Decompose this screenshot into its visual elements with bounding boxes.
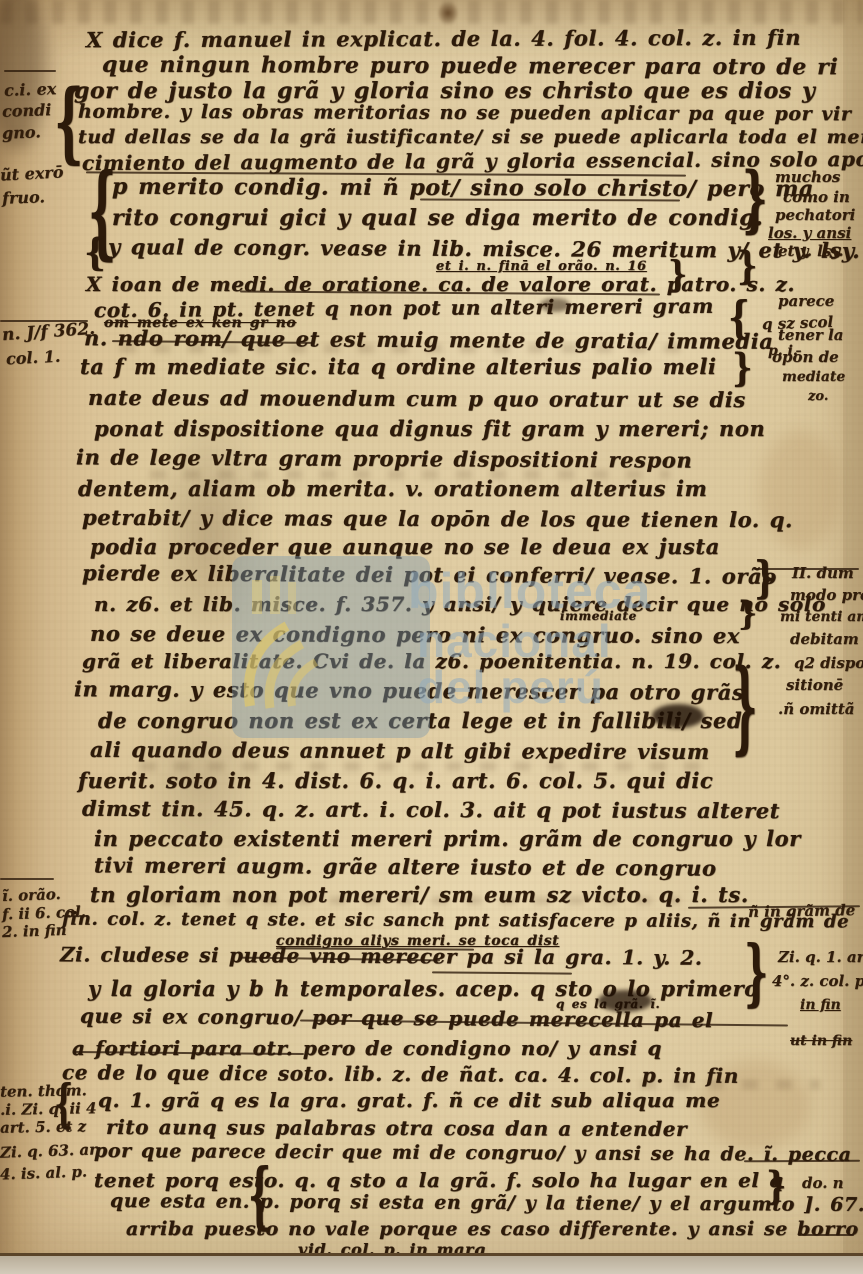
- margin-note-right: sitionē: [786, 678, 843, 693]
- brace-mark: }: [732, 348, 753, 386]
- manuscript-line: in marg. y esto que vno puede merescer p…: [74, 678, 744, 703]
- manuscript-line: dimst tin. 45. q. z. art. i. col. 3. ait…: [82, 798, 780, 821]
- manuscript-line: petrabit/ y dice mas que la opōn de los …: [82, 507, 793, 530]
- manuscript-line: gor de justo la grã y gloria sino es chr…: [74, 80, 816, 102]
- brace-mark: }: [737, 246, 758, 284]
- manuscript-line: vid. col. p. in marg: [298, 1242, 486, 1256]
- manuscript-line: no se deue ex condigno pero ni ex congru…: [90, 623, 740, 646]
- margin-note-right: parece: [778, 294, 834, 309]
- margin-note-right: in fin: [800, 998, 841, 1012]
- manuscript-line: fin. col. z. tenet q ste. et sic sanch p…: [62, 911, 849, 932]
- margin-note-right: .ñ omittã: [778, 702, 855, 717]
- margin-note-left: f. ii 6. col.: [2, 905, 86, 923]
- brace-mark: {: [728, 296, 750, 340]
- margin-note-right: tener la: [778, 328, 843, 343]
- manuscript-line: n. ndo rom/ que et est muig mente de gra…: [84, 327, 774, 352]
- manuscript-line: tn gloriam non pot mereri/ sm eum sz vic…: [90, 884, 749, 905]
- margin-note-left: 2. in fin: [2, 923, 67, 940]
- ink-stroke: [0, 878, 54, 880]
- manuscript-line: que esta en. p. porq si esta en grã/ y l…: [110, 1192, 863, 1215]
- margin-note-right: opōn de: [772, 350, 839, 365]
- margin-note-left: c.i. ex: [4, 81, 57, 99]
- manuscript-line: ce de lo que dice soto. lib. z. de ñat. …: [62, 1062, 739, 1086]
- manuscript-line: de congruo non est ex certa lege et in f…: [98, 710, 742, 731]
- manuscript-line: que ningun hombre puro puede merecer par…: [102, 54, 838, 79]
- margin-note-left: 4. is. al. p.: [0, 1164, 87, 1182]
- brace-mark: }: [732, 658, 758, 758]
- margin-note-left: fruo.: [2, 189, 45, 206]
- manuscript-line: pierde ex liberalitate dei pot ei confer…: [82, 562, 777, 587]
- manuscript-line: dentem, aliam ob merita. v. orationem al…: [78, 478, 707, 499]
- manuscript-line: immediate: [560, 610, 637, 622]
- bleed-through: [0, 0, 863, 24]
- manuscript-line: y la gloria y b h temporales. acep. q st…: [88, 978, 759, 999]
- brace-mark: {: [248, 1160, 271, 1232]
- margin-note-right: et y. lsy.: [778, 244, 844, 259]
- scanned-manuscript: X dice f. manuel in explicat. de la. 4. …: [0, 0, 863, 1274]
- manuscript-line: in de lege vltra gram proprie dispositio…: [76, 446, 692, 470]
- manuscript-page: X dice f. manuel in explicat. de la. 4. …: [0, 0, 863, 1256]
- margin-note-right: mediate: [782, 370, 845, 384]
- brace-mark: {: [54, 1080, 73, 1131]
- manuscript-line: arriba puesto no vale porque es caso dif…: [126, 1220, 859, 1239]
- margin-note-right: ut in fin: [790, 1034, 852, 1048]
- manuscript-line: por que parece decir que mi de congruo/ …: [94, 1142, 852, 1165]
- ink-stroke: [798, 1234, 854, 1236]
- manuscript-line: ponat dispositione qua dignus fit gram y…: [94, 418, 765, 439]
- margin-note-left: .i. Zi. q. ii 4: [0, 1101, 97, 1118]
- margin-note-left: ten. thom.: [0, 1083, 87, 1100]
- manuscript-line: p merito condig. mi ñ pot/ sino solo chr…: [112, 176, 814, 200]
- manuscript-line: grã et liberalitate. Cvi de. la z6. poen…: [82, 651, 781, 671]
- manuscript-line: nate deus ad mouendum cum p quo oratur u…: [88, 387, 746, 410]
- manuscript-line: rito aunq sus palabras otra cosa dan a e…: [106, 1117, 687, 1139]
- margin-note-left: n. J/f 362.: [2, 321, 96, 344]
- margin-note-right: modo prē: [790, 588, 863, 603]
- manuscript-line: tud dellas se da la grã iustificante/ si…: [78, 128, 863, 147]
- manuscript-line: ali quando deus annuet p alt gibi expedi…: [90, 739, 710, 762]
- manuscript-line: rito congrui gici y qual se diga merito …: [112, 207, 763, 229]
- margin-note-left: col. 1.: [6, 349, 61, 368]
- margin-note-right: los. y ansi: [768, 226, 851, 241]
- brace-mark: }: [744, 936, 768, 1008]
- brace-mark: }: [668, 258, 687, 294]
- manuscript-line: ta f m mediate sic. ita q ordine alteriu…: [80, 356, 717, 377]
- margin-note-left: condi: [2, 102, 52, 120]
- manuscript-line: in peccato existenti mereri prim. grãm d…: [94, 828, 801, 849]
- brace-mark: {: [54, 78, 84, 165]
- scan-background: [0, 1256, 863, 1274]
- margin-note-right: q2 dispo: [794, 656, 863, 671]
- manuscript-line: que si ex congruo/ por que se puede mere…: [80, 1006, 713, 1030]
- margin-note-right: debitam: [790, 632, 859, 647]
- brace-mark: }: [742, 164, 768, 236]
- ink-stroke: [754, 568, 859, 570]
- manuscript-line: tivi mereri augm. grãe altere iusto et d…: [94, 854, 717, 878]
- margin-note-right: 4°. z. col. p.: [772, 974, 863, 989]
- manuscript-line: X dice f. manuel in explicat. de la. 4. …: [86, 27, 801, 50]
- brace-mark: {: [84, 234, 106, 271]
- ink-stroke: [4, 70, 56, 72]
- margin-note-right: Zi. q. 1. ar: [778, 950, 863, 965]
- margin-note-left: ĩ. orão.: [2, 887, 61, 904]
- manuscript-line: fuerit. soto in 4. dist. 6. q. i. art. 6…: [78, 770, 713, 791]
- manuscript-line: a fortiori para otr. pero de condigno no…: [72, 1038, 662, 1058]
- brace-mark: }: [754, 556, 776, 600]
- ink-stroke: [432, 971, 572, 974]
- stain: [438, 0, 458, 26]
- manuscript-line: hombre. y las obras meritorias no se pue…: [78, 103, 852, 125]
- margin-note-left: Zi. q. 63. ar: [0, 1142, 97, 1160]
- manuscript-line: n. z6. et lib. misce. f. 357. y ansi/ y …: [94, 594, 826, 614]
- brace-mark: }: [738, 598, 757, 631]
- margin-note-right: pechatori: [775, 208, 855, 223]
- margin-note-right: como in: [783, 190, 850, 205]
- ink-stroke: [0, 320, 88, 322]
- margin-note-left: gno.: [2, 124, 41, 141]
- manuscript-line: tenet porq esto. q. q sto a la grã. f. s…: [94, 1170, 784, 1190]
- margin-note-right: muchos: [775, 170, 840, 185]
- margin-note-right: mi tenti am: [780, 610, 863, 624]
- manuscript-line: podia proceder que aunque no se le deua …: [90, 536, 720, 557]
- manuscript-line: q. 1. grã q es la gra. grat. f. ñ ce dit…: [98, 1090, 720, 1110]
- brace-mark: }: [766, 1166, 787, 1204]
- margin-note-right: do. n: [802, 1176, 844, 1191]
- margin-note-right: zo.: [808, 390, 828, 403]
